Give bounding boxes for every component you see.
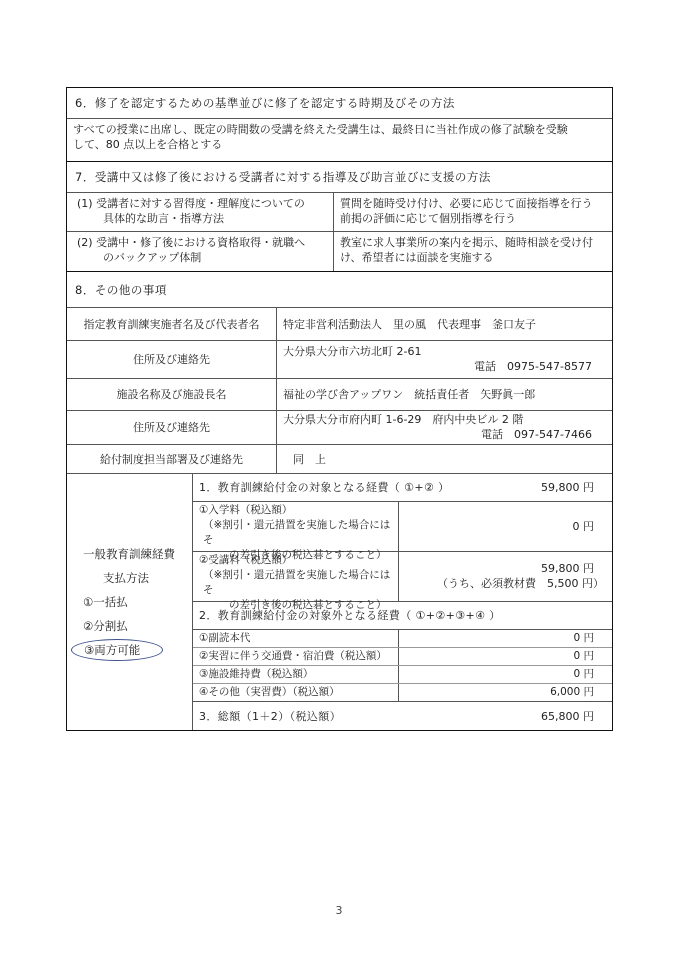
info-label: 指定教育訓練実施者名及び代表者名 xyxy=(67,308,276,340)
enrollment-fee-amount: 0 円 xyxy=(398,502,612,551)
info-value: 福祉の学び舎アップワン 統括責任者 矢野眞一郎 xyxy=(276,379,612,410)
info-value: 大分県大分市府内町 1-6-29 府内中央ビル 2 階 電話 097-547-7… xyxy=(276,411,612,444)
label-line: (1) 受講者に対する習得度・理解度についての xyxy=(73,196,327,211)
info-phone: 電話 0975-547-8577 xyxy=(283,359,606,374)
info-phone: 電話 097-547-7466 xyxy=(283,427,606,442)
info-row-address-1: 住所及び連絡先 大分県大分市六坊北町 2-61 電話 0975-547-8577 xyxy=(67,341,612,379)
label-line: (2) 受講中・修了後における資格取得・就職へ xyxy=(73,235,327,250)
info-value: 特定非営利活動法人 里の風 代表理事 釜口友子 xyxy=(276,308,612,340)
cost-title: 一般教育訓練経費 xyxy=(67,542,192,566)
payment-method-column: 一般教育訓練経費 支払方法 ①一括払 ②分割払 ③両方可能 xyxy=(67,474,193,730)
selected-option-circle: ③両方可能 xyxy=(71,639,163,661)
item-label: ①副読本代 xyxy=(193,630,398,647)
section6-heading-text: 6．修了を認定するための基準並びに修了を認定する時期及びその方法 xyxy=(75,95,455,111)
info-row-address-2: 住所及び連絡先 大分県大分市府内町 1-6-29 府内中央ビル 2 階 電話 0… xyxy=(67,411,612,445)
section8-heading-text: 8．その他の事項 xyxy=(75,282,167,298)
info-row-facility: 施設名称及び施設長名 福祉の学び舎アップワン 統括責任者 矢野眞一郎 xyxy=(67,379,612,411)
non-eligible-item-4: ④その他（実習費）（税込額） 6,000 円 xyxy=(193,684,612,702)
value-line: け、希望者には面談を実施する xyxy=(340,250,606,265)
info-value-line1: 大分県大分市府内町 1-6-29 府内中央ビル 2 階 xyxy=(283,412,606,427)
non-eligible-heading: 2．教育訓練給付金の対象外となる経費（ ①+②+③+④ ） xyxy=(193,605,612,626)
item-amount: 0 円 xyxy=(398,666,612,683)
label-line: （※割引・還元措置を実施した場合にはそ xyxy=(199,568,392,598)
payment-option-lump-sum: ①一括払 xyxy=(67,590,192,614)
label-line: （※割引・還元措置を実施した場合にはそ xyxy=(199,518,392,548)
page-number: 3 xyxy=(0,904,678,917)
section7-row-1-value: 質問を随時受け付け、必要に応じて面接指導を行う 前掲の評価に応じて個別指導を行う xyxy=(333,193,612,231)
section6-heading: 6．修了を認定するための基準並びに修了を認定する時期及びその方法 xyxy=(67,88,612,119)
info-label: 施設名称及び施設長名 xyxy=(67,379,276,410)
label-line: のバックアップ体制 xyxy=(73,250,327,265)
item-amount: 0 円 xyxy=(398,630,612,647)
info-value-line1: 福祉の学び舎アップワン 統括責任者 矢野眞一郎 xyxy=(283,387,535,402)
document-page: 6．修了を認定するための基準並びに修了を認定する時期及びその方法 すべての授業に… xyxy=(66,87,613,731)
item-label: ③施設維持費（税込額） xyxy=(193,666,398,683)
info-row-implementer: 指定教育訓練実施者名及び代表者名 特定非営利活動法人 里の風 代表理事 釜口友子 xyxy=(67,308,612,341)
section7-row-2: (2) 受講中・修了後における資格取得・就職へ のバックアップ体制 教室に求人事… xyxy=(67,232,612,272)
tuition-fee-amount: 59,800 円 xyxy=(405,561,594,576)
info-label: 住所及び連絡先 xyxy=(67,411,276,444)
value-line: 前掲の評価に応じて個別指導を行う xyxy=(340,211,606,226)
label-line: 具体的な助言・指導方法 xyxy=(73,211,327,226)
main-table: 6．修了を認定するための基準並びに修了を認定する時期及びその方法 すべての授業に… xyxy=(66,87,613,731)
non-eligible-heading-row: 2．教育訓練給付金の対象外となる経費（ ①+②+③+④ ） xyxy=(193,602,612,630)
info-row-benefits-dept: 給付制度担当部署及び連絡先 同 上 xyxy=(67,445,612,474)
payment-option-both: ③両方可能 xyxy=(67,638,192,662)
info-label: 給付制度担当部署及び連絡先 xyxy=(67,445,276,473)
eligible-total: 59,800 円 xyxy=(492,477,612,498)
non-eligible-item-1: ①副読本代 0 円 xyxy=(193,630,612,648)
info-value: 大分県大分市六坊北町 2-61 電話 0975-547-8577 xyxy=(276,341,612,378)
section7-row-1-label: (1) 受講者に対する習得度・理解度についての 具体的な助言・指導方法 xyxy=(67,193,333,231)
non-eligible-item-2: ②実習に伴う交通費・宿泊費（税込額） 0 円 xyxy=(193,648,612,666)
cost-section: 一般教育訓練経費 支払方法 ①一括払 ②分割払 ③両方可能 1．教育訓練給付金の… xyxy=(67,474,612,731)
grand-total-label: 3．総額（1＋2）（税込額） xyxy=(193,706,492,727)
required-materials-note: （うち、必須教材費 5,500 円） xyxy=(405,576,604,591)
payment-method-label: 支払方法 xyxy=(67,566,192,590)
item-amount: 6,000 円 xyxy=(398,684,612,701)
eligible-heading: 1．教育訓練給付金の対象となる経費（ ①+② ） xyxy=(193,477,492,498)
grand-total-amount: 65,800 円 xyxy=(492,706,612,727)
eligible-heading-row: 1．教育訓練給付金の対象となる経費（ ①+② ） 59,800 円 xyxy=(193,474,612,502)
label-line: ②受講料（税込額） xyxy=(199,553,392,568)
info-value: 同 上 xyxy=(276,445,612,473)
section7-heading: 7．受講中又は修了後における受講者に対する指導及び助言並びに支援の方法 xyxy=(67,162,612,193)
section7-heading-text: 7．受講中又は修了後における受講者に対する指導及び助言並びに支援の方法 xyxy=(75,169,491,185)
info-value-line1: 特定非営利活動法人 里の風 代表理事 釜口友子 xyxy=(283,317,536,332)
info-value-line1: 同 上 xyxy=(293,452,326,467)
non-eligible-item-3: ③施設維持費（税込額） 0 円 xyxy=(193,666,612,684)
grand-total-row: 3．総額（1＋2）（税込額） 65,800 円 xyxy=(193,702,612,730)
section6-body-line1: すべての授業に出席し、既定の時間数の受講を終えた受講生は、最終日に当社作成の修了… xyxy=(73,122,606,137)
item-amount: 0 円 xyxy=(398,648,612,665)
value-line: 教室に求人事業所の案内を掲示、随時相談を受け付 xyxy=(340,235,606,250)
tuition-fee-label: ②受講料（税込額） （※割引・還元措置を実施した場合にはそ の差引き後の税込碁と… xyxy=(193,552,398,601)
cost-details: 1．教育訓練給付金の対象となる経費（ ①+② ） 59,800 円 ①入学料（税… xyxy=(193,474,612,730)
tuition-fee-amount-cell: 59,800 円 （うち、必須教材費 5,500 円） xyxy=(398,552,612,601)
tuition-fee-row: ②受講料（税込額） （※割引・還元措置を実施した場合にはそ の差引き後の税込碁と… xyxy=(193,552,612,602)
payment-option-installment: ②分割払 xyxy=(67,614,192,638)
item-label: ②実習に伴う交通費・宿泊費（税込額） xyxy=(193,648,398,665)
section6-body: すべての授業に出席し、既定の時間数の受講を終えた受講生は、最終日に当社作成の修了… xyxy=(67,119,612,162)
info-value-line1: 大分県大分市六坊北町 2-61 xyxy=(283,344,606,359)
label-line: ①入学料（税込額） xyxy=(199,503,392,518)
enrollment-fee-row: ①入学料（税込額） （※割引・還元措置を実施した場合にはそ の差引き後の税込碁と… xyxy=(193,502,612,552)
value-line: 質問を随時受け付け、必要に応じて面接指導を行う xyxy=(340,196,606,211)
section7-row-2-value: 教室に求人事業所の案内を掲示、随時相談を受け付 け、希望者には面談を実施する xyxy=(333,232,612,271)
section7-row-1: (1) 受講者に対する習得度・理解度についての 具体的な助言・指導方法 質問を随… xyxy=(67,193,612,232)
item-label: ④その他（実習費）（税込額） xyxy=(193,684,398,701)
info-label: 住所及び連絡先 xyxy=(67,341,276,378)
section7-row-2-label: (2) 受講中・修了後における資格取得・就職へ のバックアップ体制 xyxy=(67,232,333,271)
section8-heading: 8．その他の事項 xyxy=(67,272,612,308)
section6-body-line2: して、80 点以上を合格とする xyxy=(73,137,606,152)
enrollment-fee-label: ①入学料（税込額） （※割引・還元措置を実施した場合にはそ の差引き後の税込碁と… xyxy=(193,502,398,551)
